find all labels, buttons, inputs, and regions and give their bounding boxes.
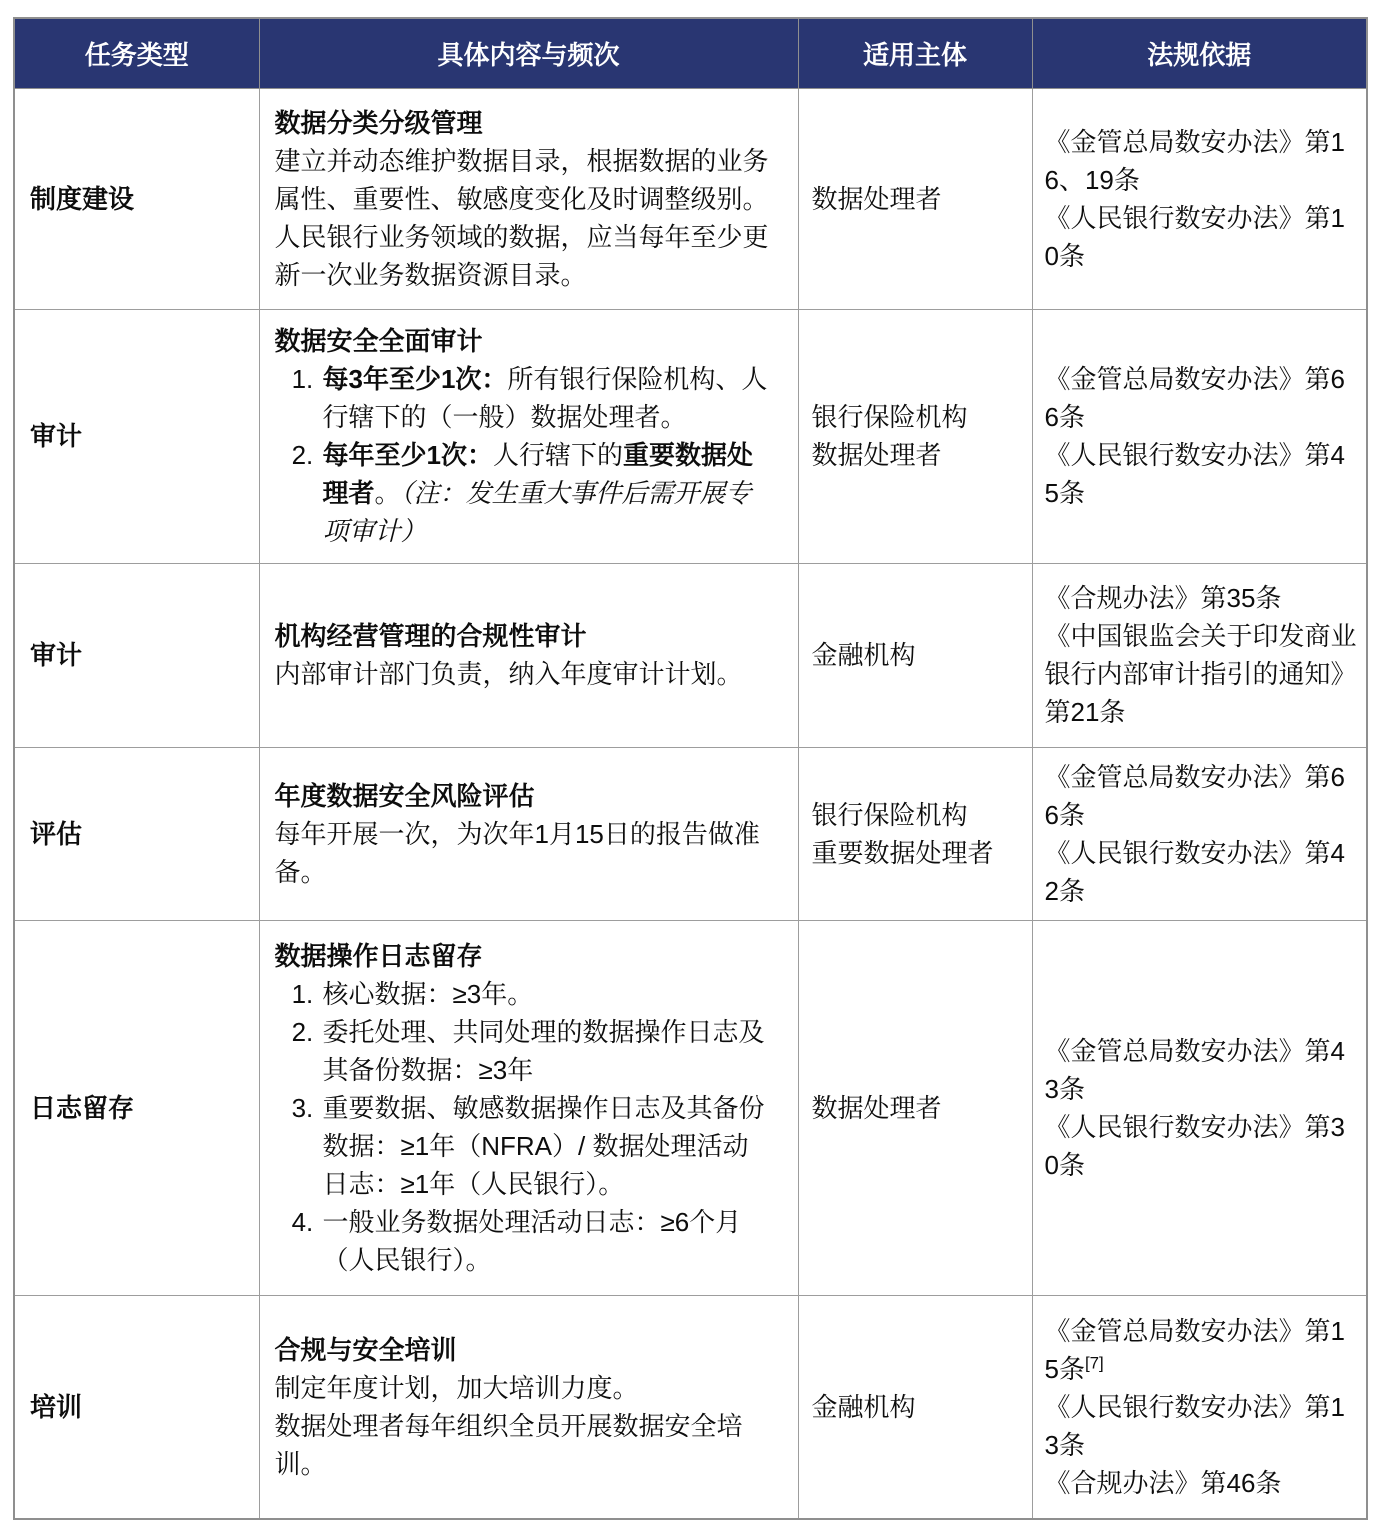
legal-line: 《金管总局数安办法》第43条 (1045, 1032, 1359, 1108)
legal-line: 《金管总局数安办法》第66条 (1045, 360, 1359, 436)
subject-line: 数据处理者 (812, 436, 1024, 474)
table-row: 制度建设数据分类分级管理建立并动态维护数据目录，根据数据的业务属性、重要性、敏感… (14, 88, 1367, 309)
subject-line: 数据处理者 (812, 1089, 1024, 1127)
content-cell: 机构经营管理的合规性审计内部审计部门负责，纳入年度审计计划。 (259, 563, 798, 747)
legal-line: 《人民银行数安办法》第13条 (1045, 1388, 1359, 1464)
table-row: 审计数据安全全面审计每3年至少1次：所有银行保险机构、人行辖下的（一般）数据处理… (14, 309, 1367, 563)
footnote-ref: [7] (1085, 1353, 1104, 1372)
content-paragraph: 人民银行业务领域的数据，应当每年至少更新一次业务数据资源目录。 (275, 218, 772, 294)
content-paragraph: 每年开展一次，为次年1月15日的报告做准备。 (275, 815, 772, 891)
legal-line: 《金管总局数安办法》第66条 (1045, 758, 1359, 834)
content-list: 每3年至少1次：所有银行保险机构、人行辖下的（一般）数据处理者。每年至少1次：人… (275, 360, 772, 550)
subject-cell: 银行保险机构数据处理者 (798, 309, 1032, 563)
list-item: 核心数据：≥3年。 (321, 975, 772, 1013)
content-list: 核心数据：≥3年。委托处理、共同处理的数据操作日志及其备份数据：≥3年重要数据、… (275, 975, 772, 1279)
list-item: 每3年至少1次：所有银行保险机构、人行辖下的（一般）数据处理者。 (321, 360, 772, 436)
list-item: 委托处理、共同处理的数据操作日志及其备份数据：≥3年 (321, 1013, 772, 1089)
subject-cell: 银行保险机构重要数据处理者 (798, 747, 1032, 920)
table-row: 培训合规与安全培训制定年度计划，加大培训力度。数据处理者每年组织全员开展数据安全… (14, 1295, 1367, 1519)
header-cell-applicable-subject: 适用主体 (798, 18, 1032, 88)
legal-line: 《中国银监会关于印发商业银行内部审计指引的通知》第21条 (1045, 617, 1359, 731)
legal-line: 《合规办法》第35条 (1045, 579, 1359, 617)
legal-cell: 《金管总局数安办法》第15条[7]《人民银行数安办法》第13条《合规办法》第46… (1032, 1295, 1367, 1519)
subject-cell: 金融机构 (798, 1295, 1032, 1519)
task-cell: 日志留存 (14, 920, 259, 1295)
header-row: 任务类型 具体内容与频次 适用主体 法规依据 (14, 18, 1367, 88)
legal-line: 《金管总局数安办法》第15条[7] (1045, 1312, 1359, 1388)
table-row: 审计机构经营管理的合规性审计内部审计部门负责，纳入年度审计计划。金融机构《合规办… (14, 563, 1367, 747)
subject-cell: 金融机构 (798, 563, 1032, 747)
content-cell: 数据操作日志留存核心数据：≥3年。委托处理、共同处理的数据操作日志及其备份数据：… (259, 920, 798, 1295)
legal-cell: 《金管总局数安办法》第66条《人民银行数安办法》第45条 (1032, 309, 1367, 563)
task-cell: 审计 (14, 309, 259, 563)
legal-line: 《金管总局数安办法》第16、19条 (1045, 123, 1359, 199)
table-row: 评估年度数据安全风险评估每年开展一次，为次年1月15日的报告做准备。银行保险机构… (14, 747, 1367, 920)
list-item: 每年至少1次：人行辖下的重要数据处理者。（注：发生重大事件后需开展专项审计） (321, 436, 772, 550)
subject-cell: 数据处理者 (798, 88, 1032, 309)
compliance-table: 任务类型 具体内容与频次 适用主体 法规依据 制度建设数据分类分级管理建立并动态… (13, 17, 1368, 1520)
content-title: 合规与安全培训 (275, 1331, 772, 1369)
legal-line: 《合规办法》第46条 (1045, 1464, 1359, 1502)
task-cell: 审计 (14, 563, 259, 747)
legal-line: 《人民银行数安办法》第42条 (1045, 834, 1359, 910)
legal-line: 《人民银行数安办法》第10条 (1045, 199, 1359, 275)
header-cell-content-frequency: 具体内容与频次 (259, 18, 798, 88)
content-cell: 合规与安全培训制定年度计划，加大培训力度。数据处理者每年组织全员开展数据安全培训… (259, 1295, 798, 1519)
subject-line: 重要数据处理者 (812, 834, 1024, 872)
table-row: 日志留存数据操作日志留存核心数据：≥3年。委托处理、共同处理的数据操作日志及其备… (14, 920, 1367, 1295)
content-paragraph: 制定年度计划，加大培训力度。 (275, 1369, 772, 1407)
header-cell-task-type: 任务类型 (14, 18, 259, 88)
content-title: 数据操作日志留存 (275, 937, 772, 975)
content-cell: 数据分类分级管理建立并动态维护数据目录，根据数据的业务属性、重要性、敏感度变化及… (259, 88, 798, 309)
subject-line: 金融机构 (812, 1388, 1024, 1426)
task-cell: 评估 (14, 747, 259, 920)
subject-cell: 数据处理者 (798, 920, 1032, 1295)
page: { "table": { "header": ["任务类型", "具体内容与频次… (0, 0, 1380, 1528)
task-cell: 制度建设 (14, 88, 259, 309)
subject-line: 金融机构 (812, 636, 1024, 674)
content-paragraph: 数据处理者每年组织全员开展数据安全培训。 (275, 1407, 772, 1483)
subject-line: 银行保险机构 (812, 398, 1024, 436)
compliance-table-container: 任务类型 具体内容与频次 适用主体 法规依据 制度建设数据分类分级管理建立并动态… (13, 17, 1368, 1520)
content-cell: 年度数据安全风险评估每年开展一次，为次年1月15日的报告做准备。 (259, 747, 798, 920)
legal-cell: 《金管总局数安办法》第16、19条《人民银行数安办法》第10条 (1032, 88, 1367, 309)
list-item: 重要数据、敏感数据操作日志及其备份数据：≥1年（NFRA）/ 数据处理活动日志：… (321, 1089, 772, 1203)
table-body: 制度建设数据分类分级管理建立并动态维护数据目录，根据数据的业务属性、重要性、敏感… (14, 88, 1367, 1519)
content-title: 年度数据安全风险评估 (275, 777, 772, 815)
list-item: 一般业务数据处理活动日志：≥6个月（人民银行）。 (321, 1203, 772, 1279)
subject-line: 数据处理者 (812, 180, 1024, 218)
task-cell: 培训 (14, 1295, 259, 1519)
legal-line: 《人民银行数安办法》第30条 (1045, 1108, 1359, 1184)
content-cell: 数据安全全面审计每3年至少1次：所有银行保险机构、人行辖下的（一般）数据处理者。… (259, 309, 798, 563)
content-paragraph: 内部审计部门负责，纳入年度审计计划。 (275, 655, 772, 693)
table-header: 任务类型 具体内容与频次 适用主体 法规依据 (14, 18, 1367, 88)
content-title: 数据安全全面审计 (275, 322, 772, 360)
content-title: 数据分类分级管理 (275, 104, 772, 142)
subject-line: 银行保险机构 (812, 796, 1024, 834)
header-cell-legal-basis: 法规依据 (1032, 18, 1367, 88)
legal-cell: 《金管总局数安办法》第66条《人民银行数安办法》第42条 (1032, 747, 1367, 920)
legal-cell: 《金管总局数安办法》第43条《人民银行数安办法》第30条 (1032, 920, 1367, 1295)
content-title: 机构经营管理的合规性审计 (275, 617, 772, 655)
legal-line: 《人民银行数安办法》第45条 (1045, 436, 1359, 512)
legal-cell: 《合规办法》第35条《中国银监会关于印发商业银行内部审计指引的通知》第21条 (1032, 563, 1367, 747)
content-paragraph: 建立并动态维护数据目录，根据数据的业务属性、重要性、敏感度变化及时调整级别。 (275, 142, 772, 218)
